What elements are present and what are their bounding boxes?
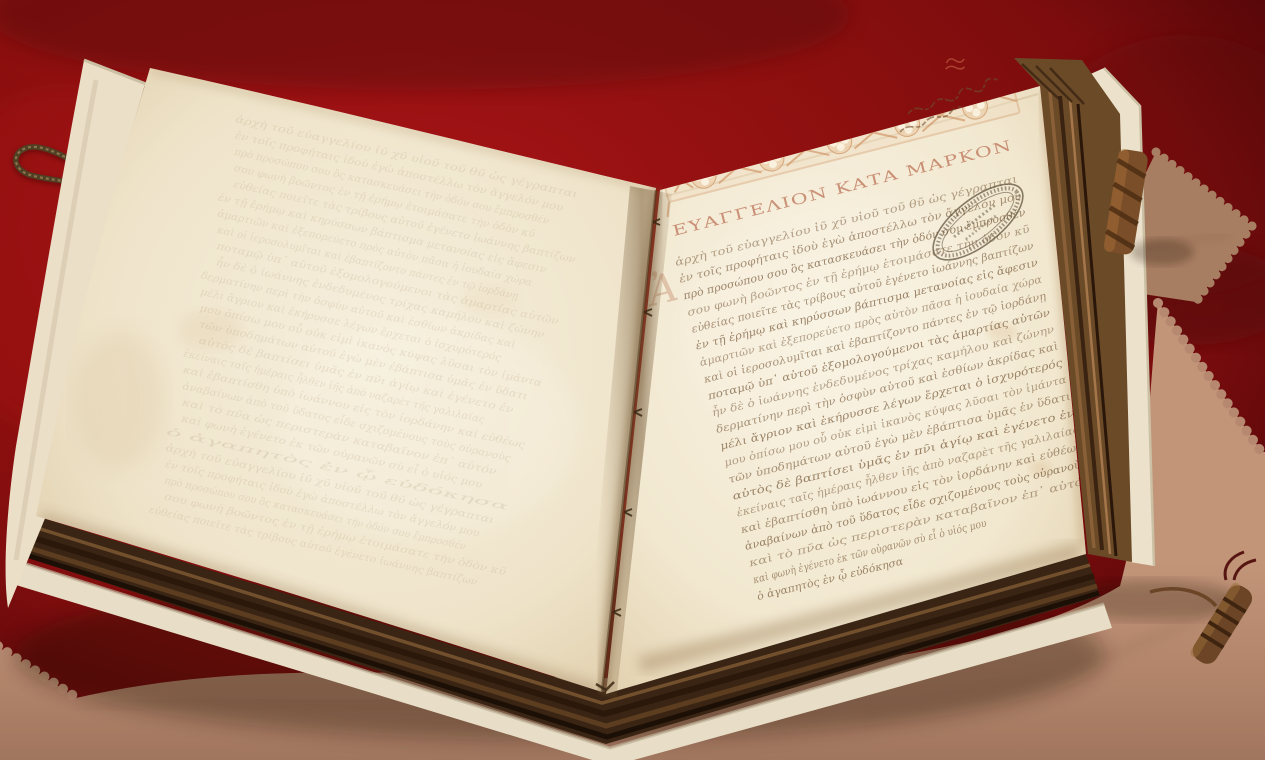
left-page-mottle-1 — [75, 330, 165, 470]
photograph-manuscript-scene: ἀρχὴ τοῦ εὐαγγελίου ἰῦ χῦ υἱοῦ τοῦ θῦ ὡς… — [0, 0, 1265, 760]
